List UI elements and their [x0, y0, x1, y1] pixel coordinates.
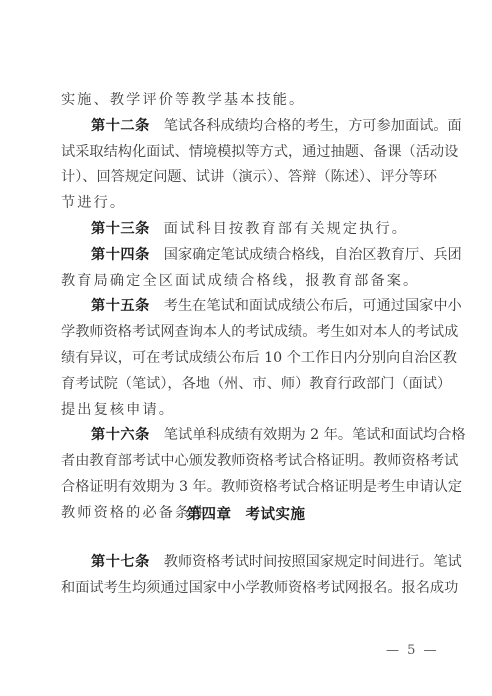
article-14-first-line: 第十四条国家确定笔试成绩合格线，自治区教育厅、兵团 — [61, 243, 433, 269]
article-text: 笔试各科成绩均合格的考生，方可参加面试。面 — [164, 118, 462, 134]
paragraph-line: 绩有异议，可在考试成绩公布后 10 个工作日内分别向自治区教 — [61, 346, 433, 372]
article-17-first-line: 第十七条教师资格考试时间按照国家规定时间进行。笔试 — [61, 550, 433, 576]
article-label: 第十七条 — [91, 554, 150, 570]
paragraph-line: 育考试院（笔试），各地（州、市、师）教育行政部门（面试） — [61, 372, 433, 398]
article-label: 第十四条 — [91, 247, 150, 263]
page-number: — 5 — — [386, 643, 439, 658]
paragraph-line: 教育局确定全区面试成绩合格线，报教育部备案。 — [61, 269, 433, 295]
paragraph-line: 学教师资格考试网查询本人的考试成绩。考生如对本人的考试成 — [61, 320, 433, 346]
article-label: 第十三条 — [91, 221, 150, 237]
article-text: 笔试单科成绩有效期为 2 年。笔试和面试均合格 — [164, 427, 466, 443]
article-text: 国家确定笔试成绩合格线，自治区教育厅、兵团 — [164, 247, 462, 263]
paragraph-line: 试采取结构化面试、情境模拟等方式，通过抽题、备课（活动设 — [61, 140, 433, 166]
article-label: 第十二条 — [91, 118, 150, 134]
paragraph-line: 实施、教学评价等教学基本技能。 — [61, 88, 433, 114]
article-label: 第十六条 — [91, 427, 150, 443]
paragraph-line: 者由教育部考试中心颁发教师资格考试合格证明。教师资格考试 — [61, 449, 433, 475]
paragraph-line: 提出复核申请。 — [61, 398, 433, 424]
article-text: 考生在笔试和面试成绩公布后，可通过国家中小 — [164, 298, 462, 314]
document-body: 实施、教学评价等教学基本技能。 第十二条笔试各科成绩均合格的考生，方可参加面试。… — [61, 88, 433, 527]
document-body-continued: 第十七条教师资格考试时间按照国家规定时间进行。笔试 和面试考生均须通过国家中小学… — [61, 550, 433, 602]
paragraph-line: 节进行。 — [61, 191, 433, 217]
article-text: 教师资格考试时间按照国家规定时间进行。笔试 — [164, 554, 462, 570]
article-16-first-line: 第十六条笔试单科成绩有效期为 2 年。笔试和面试均合格 — [61, 423, 433, 449]
article-text: 面试科目按教育部有关规定执行。 — [164, 221, 408, 237]
article-label: 第十五条 — [91, 298, 150, 314]
article-15-first-line: 第十五条考生在笔试和面试成绩公布后，可通过国家中小 — [61, 294, 433, 320]
chapter-number: 第四章 — [187, 507, 232, 523]
article-13-first-line: 第十三条面试科目按教育部有关规定执行。 — [61, 217, 433, 243]
article-12-first-line: 第十二条笔试各科成绩均合格的考生，方可参加面试。面 — [61, 114, 433, 140]
paragraph-line: 合格证明有效期为 3 年。教师资格考试合格证明是考生申请认定 — [61, 475, 433, 501]
chapter-heading: 第四章考试实施 — [0, 503, 492, 524]
paragraph-line: 和面试考生均须通过国家中小学教师资格考试网报名。报名成功 — [61, 576, 433, 602]
chapter-title: 考试实施 — [246, 507, 306, 523]
paragraph-line: 计）、回答规定问题、试讲（演示）、答辩（陈述）、评分等环 — [61, 165, 433, 191]
